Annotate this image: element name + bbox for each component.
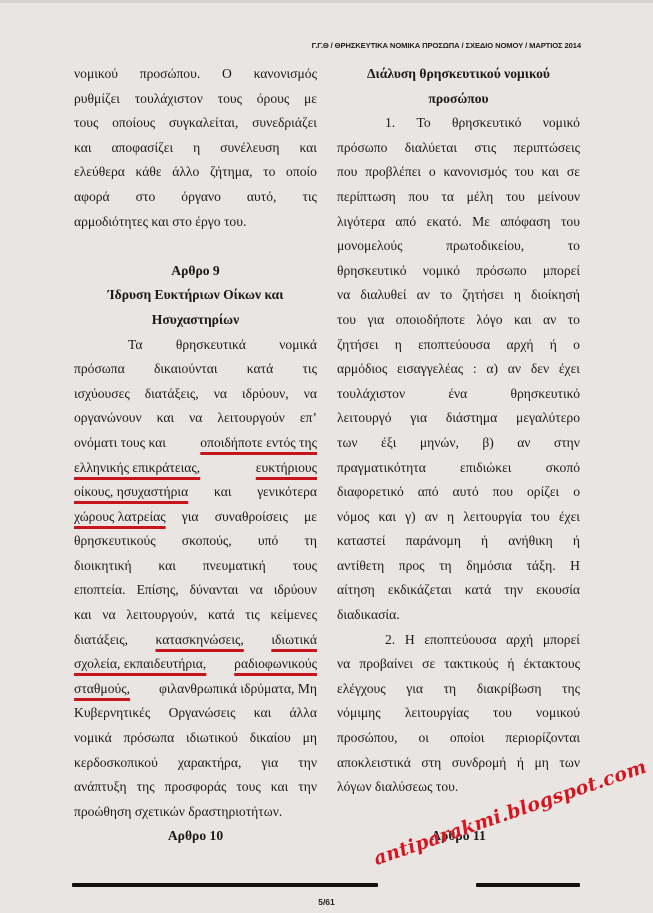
- word: Κυβερνητικές: [74, 701, 150, 726]
- word: τις: [302, 185, 317, 210]
- word: νομικά: [279, 333, 317, 358]
- word: μπορεί: [543, 259, 580, 284]
- word: νομικού: [74, 62, 118, 87]
- word: Με: [472, 210, 490, 235]
- word: ελεύθερα: [74, 160, 125, 185]
- word: ιδιωτικού: [186, 726, 238, 751]
- word: γενικότερα: [257, 480, 317, 505]
- word: αίτηση: [337, 578, 375, 603]
- word: περιπτώσεις: [514, 136, 580, 161]
- text-line: προσώπου,οιοποίοιπεριορίζονται: [337, 726, 580, 751]
- word: οποιοδήποτε: [396, 308, 465, 333]
- word: την: [298, 775, 317, 800]
- text-line: αρμοδιότητες και στο έργο του.: [74, 210, 317, 235]
- word: έχει: [559, 357, 580, 382]
- word: συγκαλείται,: [169, 111, 239, 136]
- text-line: τουςοποίουςσυγκαλείται,συνεδριάζει: [74, 111, 317, 136]
- word: και: [271, 775, 289, 800]
- word: αφορά: [74, 185, 110, 210]
- article-9-title: Ίδρυση Ευκτήριων Οίκων και: [74, 283, 317, 308]
- text-line: χώρους λατρείαςγιασυναθροίσειςμε: [74, 505, 317, 530]
- word: εκατό.: [427, 210, 462, 235]
- word: ιδρύουν: [274, 578, 317, 603]
- underlined-phrase: ραδιοφωνικούς: [234, 652, 317, 677]
- word: τουλάχιστον: [135, 87, 203, 112]
- word: μπορεί: [543, 628, 580, 653]
- text-line: σχολεία, εκπαιδευτήρια,ραδιοφωνικούς: [74, 652, 317, 677]
- word: πρόσωπα: [74, 357, 125, 382]
- underlined-phrase: οποιδήποτε εντός της: [200, 431, 317, 456]
- word: και: [299, 136, 317, 161]
- word: κανονισμός: [444, 160, 507, 185]
- text-line: εποπτεία.Επίσης,δύνανταιναιδρύουν: [74, 578, 317, 603]
- word: υπό: [258, 529, 278, 554]
- text-line: νομικάπρόσωπαιδιωτικούδικαίουμη: [74, 726, 317, 751]
- word: πνευματική: [203, 554, 266, 579]
- word: πρωτοδικείου,: [446, 234, 524, 259]
- word: συνέλευση: [220, 136, 279, 161]
- word: προώθηση σχετικών δραστηριοτήτων.: [74, 800, 282, 825]
- underlined-phrase: κατασκηνώσεις,: [156, 628, 244, 653]
- word: και: [254, 701, 272, 726]
- underlined-phrase: σταθμούς,: [74, 677, 130, 702]
- word: κάθε: [136, 160, 162, 185]
- word: κείμενες: [271, 603, 317, 628]
- word: καταστεί: [337, 529, 386, 554]
- text-line: αρμόδιοςεισαγγελέας:α)ανδενέχει: [337, 357, 580, 382]
- word: για: [182, 505, 199, 530]
- word: συνδρομή: [452, 751, 507, 776]
- word: λειτουργούν,: [126, 603, 197, 628]
- word: για: [261, 751, 278, 776]
- word: νομικά: [74, 726, 112, 751]
- word: νόμιμης: [337, 701, 381, 726]
- text-line: περίπτωσηπουταμέλητουμείνουν: [337, 185, 580, 210]
- word: η: [514, 283, 521, 308]
- word: προσώπου,: [337, 726, 398, 751]
- text-line: λιγότερααπόεκατό.Μεαπόφασητου: [337, 210, 580, 235]
- word: Οργανώσεις: [169, 701, 236, 726]
- word: Η: [405, 628, 415, 653]
- word: στην: [554, 431, 580, 456]
- text-line: νομικούπροσώπου.Οκανονισμός: [74, 62, 317, 87]
- word: από: [418, 480, 439, 505]
- word: να: [189, 406, 202, 431]
- word: η: [395, 333, 402, 358]
- word: προσφοράς: [165, 775, 227, 800]
- section-heading: προσώπου: [337, 87, 580, 112]
- word: αν: [417, 283, 430, 308]
- text-line: πρόσωποδιαλύεταιστιςπεριπτώσεις: [337, 136, 580, 161]
- word: και: [74, 603, 92, 628]
- word: και: [542, 160, 560, 185]
- word: θρησκευτικό: [511, 382, 581, 407]
- word: 2.: [385, 628, 395, 653]
- word: λειτουργία: [463, 505, 522, 530]
- article-9-title: Ησυχαστηρίων: [74, 308, 317, 333]
- word: προς: [399, 554, 425, 579]
- text-line: λειτουργόγιαδιάστημαμεγαλύτερο: [337, 406, 580, 431]
- word: αρμόδιος: [337, 357, 387, 382]
- word: έχει: [559, 505, 580, 530]
- word: α): [486, 357, 498, 382]
- word: κατά: [465, 578, 491, 603]
- text-line: οργανώνουνκαιναλειτουργούνεπ’: [74, 406, 317, 431]
- word: σε: [422, 652, 435, 677]
- word: οποίους: [112, 111, 155, 136]
- word: που: [337, 160, 357, 185]
- underlined-phrase: ευκτήριους: [256, 456, 317, 481]
- word: όργανο: [181, 185, 221, 210]
- word: την: [298, 751, 317, 776]
- word: σκοπό: [546, 456, 580, 481]
- text-line: 1.Τοθρησκευτικόνομικό: [337, 111, 580, 136]
- word: για: [367, 308, 384, 333]
- word: να: [249, 578, 262, 603]
- word: θρησκευτικά: [176, 333, 246, 358]
- word: και: [214, 480, 232, 505]
- word: γ): [405, 505, 416, 530]
- word: επ’: [300, 406, 317, 431]
- word: ανάπτυξη: [74, 775, 127, 800]
- word: το: [568, 308, 580, 333]
- word: οι: [418, 726, 428, 751]
- word: από: [395, 210, 416, 235]
- page-number: 5/61: [0, 897, 653, 907]
- word: λειτουργό: [337, 406, 392, 431]
- word: αν: [543, 308, 556, 333]
- word: εποπτεύουσα: [424, 628, 496, 653]
- word: όρους: [257, 87, 290, 112]
- word: τους: [218, 87, 242, 112]
- word: άλλα: [290, 701, 317, 726]
- word: απόφαση: [500, 210, 550, 235]
- text-line: ελέγχουςγιατηδιακρίβωσητης: [337, 677, 580, 702]
- top-edge: [0, 0, 653, 3]
- word: 1.: [385, 111, 395, 136]
- word: διατάξεις,: [74, 628, 128, 653]
- text-line: διαφορετικόαπόαυτόπουορίζειο: [337, 480, 580, 505]
- word: νομικό: [543, 111, 580, 136]
- word: των: [559, 751, 580, 776]
- word: διοικητική: [74, 554, 132, 579]
- section-heading: Διάλυση θρησκευτικού νομικού: [337, 62, 580, 87]
- word: Τα: [128, 333, 143, 358]
- word: διαλυθεί: [360, 283, 406, 308]
- word: κερδοσκοπικού: [74, 751, 158, 776]
- text-line: νόμιμηςλειτουργίαςτουνομικού: [337, 701, 580, 726]
- word: προβαίνει: [359, 652, 413, 677]
- word: λόγο: [476, 308, 502, 333]
- text-line: ονόματι τους καιοποιδήποτε εντός της: [74, 431, 317, 456]
- word: έκτακτους: [524, 652, 580, 677]
- word: διαδικασία.: [337, 603, 400, 628]
- word: μη: [303, 726, 317, 751]
- word: :: [473, 357, 477, 382]
- word: μείνουν: [538, 185, 580, 210]
- word: Η: [570, 554, 580, 579]
- word: Το: [416, 111, 430, 136]
- word: φιλανθρωπικά ιδρύματα, Μη: [159, 677, 317, 702]
- text-line: πουπροβλέπειοκανονισμόςτουκαισε: [337, 160, 580, 185]
- article-9-heading: Αρθρο 9: [74, 259, 317, 284]
- text-line: ισχύουσεςδιατάξεις,ναιδρύουν,να: [74, 382, 317, 407]
- word: του: [531, 505, 550, 530]
- word: πρόσωπο: [337, 136, 387, 161]
- word: νομικό: [423, 259, 460, 284]
- right-column: Διάλυση θρησκευτικού νομικούπροσώπου1.Το…: [337, 62, 580, 849]
- word: που: [493, 480, 513, 505]
- word: τις: [302, 357, 317, 382]
- text-line: καταστείπαράνομηήανήθικηή: [337, 529, 580, 554]
- underlined-phrase: χώρους λατρείας: [74, 505, 166, 530]
- word: τη: [304, 529, 317, 554]
- word: πραγματικότητα: [337, 456, 426, 481]
- word: εποπτεία.: [74, 578, 126, 603]
- text-line: αίτησηεκδικάζεταικατάτηνεκουσία: [337, 578, 580, 603]
- left-column: νομικούπροσώπου.Οκανονισμόςρυθμίζειτουλά…: [74, 62, 317, 849]
- word: Ο: [222, 62, 232, 87]
- word: δεν: [531, 357, 549, 382]
- word: να: [337, 283, 350, 308]
- text-line: αφοράστοόργανοαυτό,τις: [74, 185, 317, 210]
- word: τη: [439, 554, 452, 579]
- word: που: [408, 185, 428, 210]
- text-line: τωνέξιμηνών,β)ανστην: [337, 431, 580, 456]
- word: αυτό,: [247, 185, 277, 210]
- word: στη: [421, 751, 441, 776]
- word: και: [514, 308, 532, 333]
- word: ο: [573, 480, 580, 505]
- text-line: πρόσωπαδικαιούνταικατάτις: [74, 357, 317, 382]
- text-line: διοικητικήκαιπνευματικήτους: [74, 554, 317, 579]
- word: αντίθετη: [337, 554, 384, 579]
- word: μέλη: [467, 185, 494, 210]
- text-line: ναδιαλυθείαντοζητήσειηδιοίκησή: [337, 283, 580, 308]
- word: αποκλειστικά: [337, 751, 411, 776]
- word: για: [410, 406, 427, 431]
- text-line: καιναλειτουργούν,κατάτιςκείμενες: [74, 603, 317, 628]
- word: και: [157, 406, 175, 431]
- text-line: θρησκευτικόνομικόπρόσωπομπορεί: [337, 259, 580, 284]
- text-line: καιαποφασίζειησυνέλευσηκαι: [74, 136, 317, 161]
- word: θρησκευτικό: [452, 111, 522, 136]
- text-line: διαδικασία.: [337, 603, 580, 628]
- word: σε: [567, 160, 580, 185]
- word: τάξη.: [526, 554, 555, 579]
- word: αρχή: [506, 333, 533, 358]
- word: νομικού: [536, 701, 580, 726]
- word: εποπτεύουσα: [418, 333, 490, 358]
- word: κατά: [247, 357, 273, 382]
- text-line: ελληνικής επικράτειας,ευκτήριους: [74, 456, 317, 481]
- word: συνεδριάζει: [252, 111, 317, 136]
- word: λιγότερα: [337, 210, 385, 235]
- word: περιορίζονται: [505, 726, 580, 751]
- word: σκοπούς,: [182, 529, 232, 554]
- text-line: ζητήσειηεποπτεύουσααρχήήο: [337, 333, 580, 358]
- text-line: αποκλειστικάστησυνδρομήήμητων: [337, 751, 580, 776]
- word: τους: [236, 775, 260, 800]
- word: το: [263, 160, 275, 185]
- word: ορίζει: [527, 480, 559, 505]
- word: του: [561, 210, 580, 235]
- text-line: πραγματικότηταεπιδιώκεισκοπό: [337, 456, 580, 481]
- word: δύνανται: [190, 578, 239, 603]
- text-line: οίκους, ησυχαστήριακαιγενικότερα: [74, 480, 317, 505]
- word: μηνών,: [420, 431, 459, 456]
- running-header: Γ.Γ.Θ / ΘΡΗΣΚΕΥΤΙΚΑ ΝΟΜΙΚΑ ΠΡΟΣΩΠΑ / ΣΧΕ…: [312, 41, 581, 50]
- word: και: [378, 505, 396, 530]
- footer-rule: [72, 883, 378, 887]
- word: οποίοι: [450, 726, 485, 751]
- underlined-phrase: σχολεία, εκπαιδευτήρια,: [74, 652, 206, 677]
- word: ή: [573, 529, 580, 554]
- word: του: [493, 701, 512, 726]
- word: της: [137, 775, 155, 800]
- word: του: [515, 160, 534, 185]
- word: δημόσια: [466, 554, 512, 579]
- text-line: αντίθετηπροςτηδημόσιατάξη.Η: [337, 554, 580, 579]
- word: β): [482, 431, 493, 456]
- word: προσώπου.: [140, 62, 201, 87]
- word: να: [102, 603, 115, 628]
- article-10-heading: Αρθρο 10: [74, 824, 317, 849]
- blank-line: [74, 234, 317, 259]
- word: προβλέπει: [365, 160, 421, 185]
- word: αν: [425, 505, 438, 530]
- word: εκουσία: [536, 578, 580, 603]
- word: θρησκευτικούς: [74, 529, 156, 554]
- word: τους: [293, 554, 317, 579]
- word: διαλύεται: [405, 136, 457, 161]
- word: ρυθμίζει: [74, 87, 120, 112]
- word: τους: [74, 111, 98, 136]
- word: οποίο: [286, 160, 317, 185]
- text-line: τουλάχιστονέναθρησκευτικό: [337, 382, 580, 407]
- word: διαφορετικό: [337, 480, 404, 505]
- text-line: κερδοσκοπικούχαρακτήρα,γιατην: [74, 751, 317, 776]
- word: πρόσωπα: [124, 726, 175, 751]
- underlined-phrase: οίκους, ησυχαστήρια: [74, 480, 188, 505]
- word: τη: [444, 677, 457, 702]
- word: των: [337, 431, 358, 456]
- footer-rule: [476, 883, 580, 887]
- word: θρησκευτικό: [337, 259, 407, 284]
- text-line: ΚυβερνητικέςΟργανώσειςκαιάλλα: [74, 701, 317, 726]
- word: ζήτημα,: [210, 160, 253, 185]
- text-line: διατάξεις,κατασκηνώσεις,ιδιωτικά: [74, 628, 317, 653]
- word: για: [406, 677, 423, 702]
- word: νόμος: [337, 505, 369, 530]
- word: ένα: [448, 382, 467, 407]
- word: κατά: [208, 603, 234, 628]
- word: την: [504, 578, 523, 603]
- word: της: [562, 677, 580, 702]
- word: ζητήσει: [337, 333, 378, 358]
- word: ονόματι τους και: [74, 431, 166, 456]
- word: ανήθικη: [508, 529, 553, 554]
- word: ιδρύουν,: [242, 382, 289, 407]
- word: διάστημα: [446, 406, 498, 431]
- word: εκδικάζεται: [388, 578, 452, 603]
- word: ή: [517, 751, 524, 776]
- word: ή: [481, 529, 488, 554]
- word: η: [193, 136, 200, 161]
- text-line: ανάπτυξητηςπροσφοράςτουςκαιτην: [74, 775, 317, 800]
- word: ζητήσει: [462, 283, 503, 308]
- word: ο: [573, 333, 580, 358]
- word: μονομελούς: [337, 234, 403, 259]
- word: αν: [517, 431, 530, 456]
- word: έξι: [381, 431, 396, 456]
- word: μη: [535, 751, 549, 776]
- word: περίπτωση: [337, 185, 396, 210]
- word: διοίκησή: [531, 283, 580, 308]
- word: να: [304, 382, 317, 407]
- word: να: [337, 652, 350, 677]
- word: πρόσωπο: [476, 259, 526, 284]
- word: αποφασίζει: [111, 136, 173, 161]
- word: αυτό: [453, 480, 479, 505]
- word: Επίσης,: [137, 578, 179, 603]
- text-line: τουγιαοποιοδήποτελόγοκαιαντο: [337, 308, 580, 333]
- word: ισχύουσες: [74, 382, 130, 407]
- word: το: [568, 234, 580, 259]
- word: διατάξεις,: [145, 382, 199, 407]
- text-line: ναπροβαίνεισετακτικούςήέκτακτους: [337, 652, 580, 677]
- word: άλλο: [172, 160, 199, 185]
- word: ή: [550, 333, 557, 358]
- word: διακρίβωση: [477, 677, 542, 702]
- word: κανονισμός: [254, 62, 317, 87]
- text-line: ελεύθερακάθεάλλοζήτημα,τοοποίο: [74, 160, 317, 185]
- word: τις: [245, 603, 260, 628]
- word: ή: [507, 652, 514, 677]
- word: αν: [508, 357, 521, 382]
- text-line: προώθηση σχετικών δραστηριοτήτων.: [74, 800, 317, 825]
- word: με: [304, 87, 317, 112]
- word: ο: [429, 160, 436, 185]
- word: μεγαλύτερο: [516, 406, 580, 431]
- word: οργανώνουν: [74, 406, 142, 431]
- word: να: [214, 382, 227, 407]
- word: του: [506, 185, 525, 210]
- text-line: Ταθρησκευτικάνομικά: [74, 333, 317, 358]
- text-line: 2.Ηεποπτεύουσααρχήμπορεί: [337, 628, 580, 653]
- text-line: μονομελούςπρωτοδικείου,το: [337, 234, 580, 259]
- word: συναθροίσεις: [215, 505, 288, 530]
- word: επιδιώκει: [460, 456, 511, 481]
- word: με: [304, 505, 317, 530]
- word: το: [440, 283, 452, 308]
- word: του: [337, 308, 356, 333]
- word: τα: [441, 185, 454, 210]
- word: λειτουργίας: [405, 701, 469, 726]
- word: αρμοδιότητες και στο έργο του.: [74, 210, 246, 235]
- word: και: [158, 554, 176, 579]
- word: η: [447, 505, 454, 530]
- word: λόγων διαλύσεως του.: [337, 775, 458, 800]
- word: λειτουργούν: [217, 406, 284, 431]
- underlined-phrase: ελληνικής επικράτειας,: [74, 456, 200, 481]
- text-line: νόμοςκαιγ)ανηλειτουργίατουέχει: [337, 505, 580, 530]
- word: τουλάχιστον: [337, 382, 405, 407]
- word: τακτικούς: [444, 652, 498, 677]
- word: παράνομη: [406, 529, 461, 554]
- text-line: θρησκευτικούςσκοπούς,υπότη: [74, 529, 317, 554]
- word: ελέγχους: [337, 677, 386, 702]
